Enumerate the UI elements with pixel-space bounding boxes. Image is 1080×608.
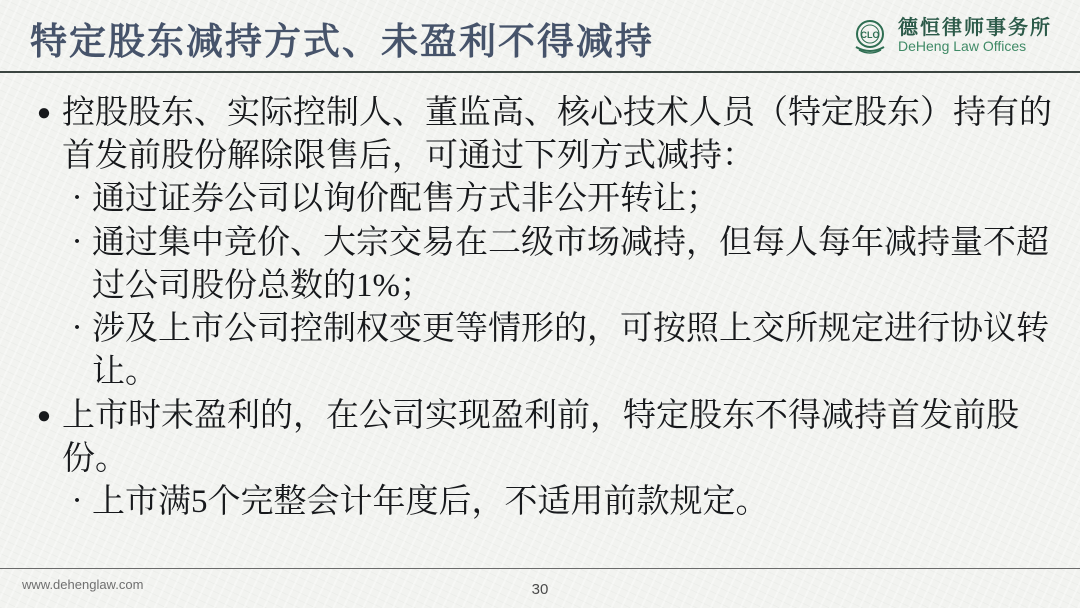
list-item-text: 通过证券公司以询价配售方式非公开转让； (92, 178, 1056, 221)
page-title: 特定股东减持方式、未盈利不得减持 (30, 11, 654, 65)
bullet-icon: ● (26, 92, 62, 135)
sub-bullet-icon: · (62, 222, 92, 262)
list-item: · 涉及上市公司控制权变更等情形的，可按照上交所规定进行协议转让。 (62, 308, 1056, 394)
logo-name-en: DeHeng Law Offices (898, 39, 1052, 54)
logo-text: 德恒律师事务所 DeHeng Law Offices (898, 17, 1052, 54)
list-item: · 通过证券公司以询价配售方式非公开转让； (62, 178, 1056, 221)
deheng-emblem-icon: CLO (850, 16, 890, 56)
list-item-text: 涉及上市公司控制权变更等情形的，可按照上交所规定进行协议转让。 (92, 308, 1056, 394)
list-item: ● 控股股东、实际控制人、董监高、核心技术人员（特定股东）持有的首发前股份解除限… (26, 92, 1056, 178)
sub-bullet-icon: · (62, 481, 92, 521)
svg-text:CLO: CLO (861, 30, 880, 40)
sub-bullet-icon: · (62, 178, 92, 218)
sub-bullet-icon: · (62, 308, 92, 348)
list-item: ● 上市时未盈利的，在公司实现盈利前，特定股东不得减持首发前股份。 (26, 395, 1056, 481)
slide: 特定股东减持方式、未盈利不得减持 CLO 德恒律师事务所 DeHeng Law … (0, 0, 1080, 608)
deheng-logo: CLO 德恒律师事务所 DeHeng Law Offices (850, 16, 1052, 56)
bullet-list: ● 控股股东、实际控制人、董监高、核心技术人员（特定股东）持有的首发前股份解除限… (26, 92, 1056, 524)
list-item-text: 上市满5个完整会计年度后，不适用前款规定。 (92, 481, 1056, 524)
list-item: · 通过集中竞价、大宗交易在二级市场减持，但每人每年减持量不超过公司股份总数的1… (62, 222, 1056, 308)
footer-divider (0, 568, 1080, 569)
list-item-text: 控股股东、实际控制人、董监高、核心技术人员（特定股东）持有的首发前股份解除限售后… (62, 92, 1056, 178)
slide-header: 特定股东减持方式、未盈利不得减持 CLO 德恒律师事务所 DeHeng Law … (0, 0, 1080, 73)
list-item-text: 通过集中竞价、大宗交易在二级市场减持，但每人每年减持量不超过公司股份总数的1%； (92, 222, 1056, 308)
list-item: · 上市满5个完整会计年度后，不适用前款规定。 (62, 481, 1056, 524)
list-item-text: 上市时未盈利的，在公司实现盈利前，特定股东不得减持首发前股份。 (62, 395, 1056, 481)
page-number: 30 (0, 581, 1080, 598)
bullet-icon: ● (26, 395, 62, 438)
logo-name-cn: 德恒律师事务所 (898, 17, 1052, 39)
